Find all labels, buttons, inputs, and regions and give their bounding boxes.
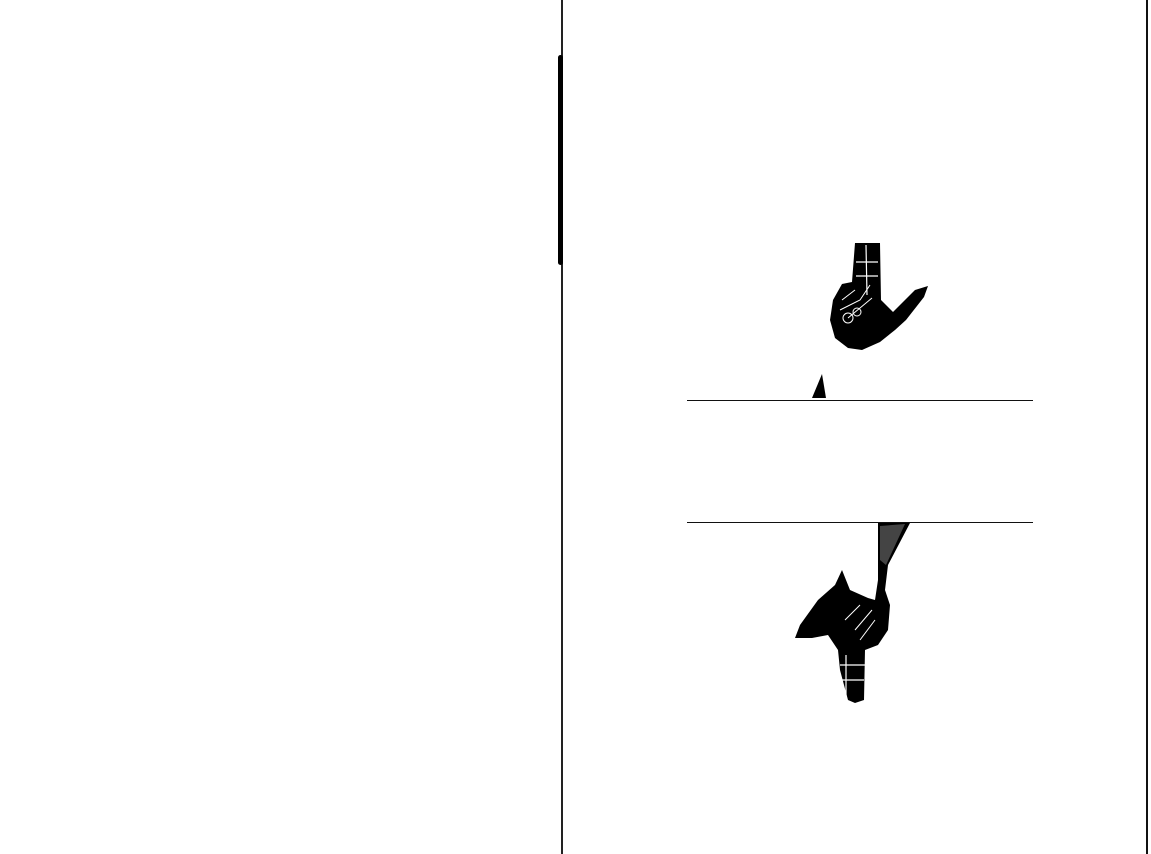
illustration <box>0 0 1151 854</box>
hand-pointing-up-icon <box>812 243 928 398</box>
hand-pointing-down-icon <box>795 523 910 703</box>
